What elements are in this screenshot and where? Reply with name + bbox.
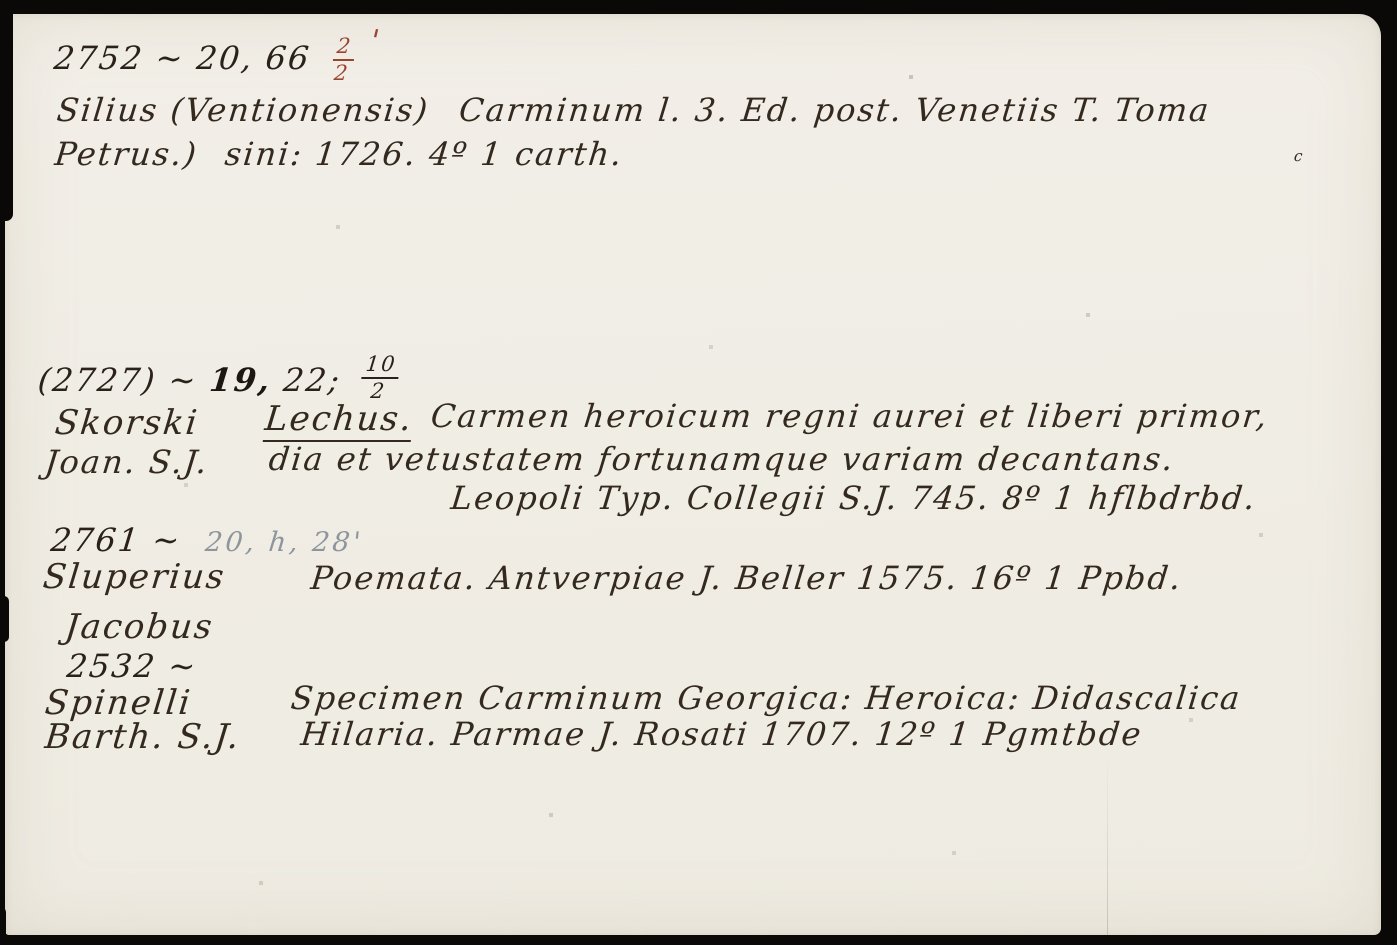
entry-1-red-tick: ' bbox=[366, 24, 384, 60]
entry-2-number-prefix: (2727) ~ bbox=[36, 361, 212, 399]
entry-1-title-line1: Carminum l. 3. Ed. post. Venetiis T. Tom… bbox=[457, 91, 1212, 129]
entry-3-number-text: 2761 ~ bbox=[49, 521, 183, 559]
entry-1-red-fraction: 2 2 bbox=[330, 36, 356, 84]
entry-2-author-line1: Skorski bbox=[53, 404, 201, 443]
entry-2-title-underlined-word: Lechus. bbox=[263, 400, 415, 439]
scanned-document: 2752 ~ 20, 66 2 2 ' Silius (Ventionensis… bbox=[0, 0, 1397, 945]
entry-1-author-line1: Silius (Ventionensis) bbox=[55, 91, 431, 129]
entry-4-author-line2: Barth. S.J. bbox=[43, 718, 242, 757]
entry-4-title-line1: Specimen Carminum Georgica: Heroica: Did… bbox=[289, 680, 1243, 717]
entry-2-fraction-numerator: 10 bbox=[361, 354, 400, 379]
entry-1-shelf-number: 2752 ~ 20, 66 2 2 ' bbox=[51, 40, 380, 88]
scan-edge-artifact-bottom-left bbox=[0, 907, 6, 945]
entry-1-number-text: 2752 ~ 20, 66 bbox=[52, 39, 312, 77]
entry-2-fraction: 10 2 bbox=[359, 354, 401, 402]
entry-1-title-line2: sini: 1726. 4º 1 carth. bbox=[223, 136, 625, 173]
entry-3-shelf-number: 2761 ~ 20, h, 28' bbox=[49, 522, 365, 559]
paper-crease bbox=[1107, 756, 1108, 935]
entry-2-number-bold: 19, bbox=[208, 361, 274, 399]
scan-edge-artifact-left-notch bbox=[0, 596, 9, 642]
entry-2-imprint: Leopoli Typ. Collegii S.J. 745. 8º 1 hfl… bbox=[449, 480, 1259, 517]
entry-3-pencil-note: 20, h, 28' bbox=[204, 527, 365, 558]
entry-2-title-word: Lechus. bbox=[263, 399, 415, 442]
entry-1-author-line2: Petrus.) bbox=[53, 136, 200, 173]
entry-3-author-line1: Sluperius bbox=[41, 558, 228, 597]
entry-3-author-line2: Jacobus bbox=[63, 608, 216, 647]
entry-4-title-line2: Hilaria. Parmae J. Rosati 1707. 12º 1 Pg… bbox=[299, 716, 1144, 753]
entry-1-red-fraction-denominator: 2 bbox=[330, 61, 354, 84]
scan-edge-artifact-top-left bbox=[0, 0, 13, 221]
entry-4-shelf-number: 2532 ~ bbox=[65, 648, 199, 685]
entry-2-title-line1: Carmen heroicum regni aurei et liberi pr… bbox=[429, 398, 1270, 435]
entry-1-margin-note: c bbox=[1293, 148, 1303, 165]
entry-2-number-rest: 22; bbox=[282, 361, 343, 399]
entry-1-red-fraction-numerator: 2 bbox=[332, 36, 356, 61]
entry-1-main-line: Silius (Ventionensis) Carminum l. 3. Ed.… bbox=[55, 92, 1212, 129]
entry-2-author-line2: Joan. S.J. bbox=[43, 444, 210, 481]
catalog-card-paper: 2752 ~ 20, 66 2 2 ' Silius (Ventionensis… bbox=[5, 14, 1381, 935]
entry-3-title-line1: Poemata. Antverpiae J. Beller 1575. 16º … bbox=[309, 560, 1184, 597]
entry-2-title-line2: dia et vetustatem fortunamque variam dec… bbox=[267, 441, 1177, 478]
